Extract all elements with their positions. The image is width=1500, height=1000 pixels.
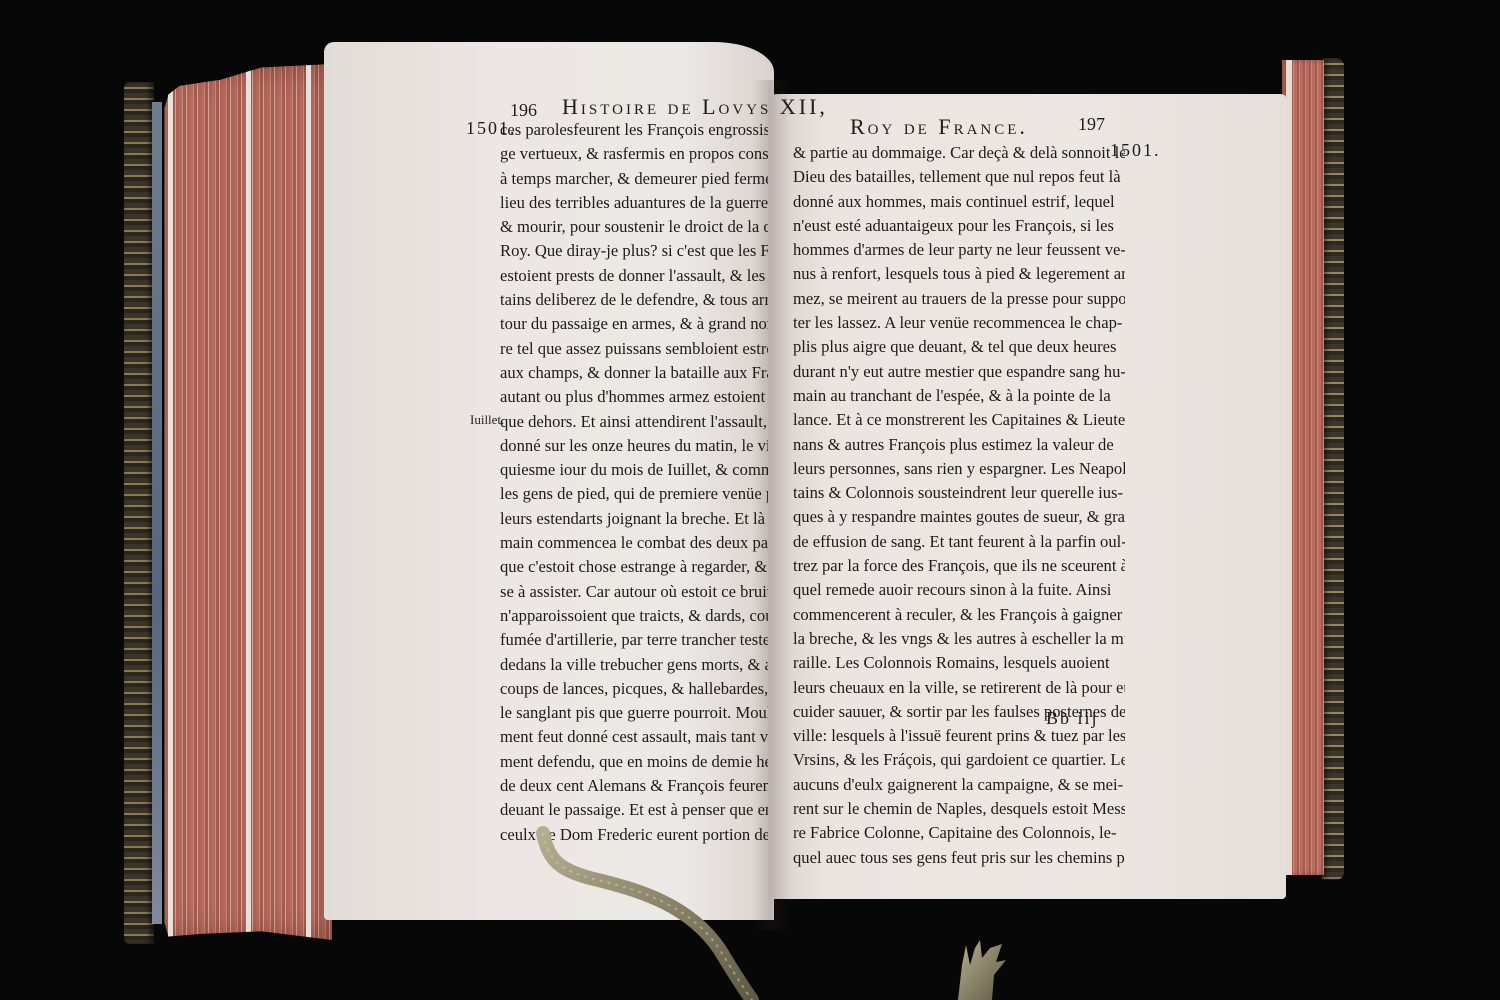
text-line: les gens de pied, qui de premiere venüe … xyxy=(500,482,768,506)
right-page-number: 197 xyxy=(1078,114,1105,135)
text-line: tains deliberez de le defendre, & tous a… xyxy=(500,288,768,312)
text-line: quel auec tous ses gens feut pris sur le… xyxy=(793,846,1125,870)
right-running-head: Roy de France. xyxy=(850,114,1028,140)
text-line: fumée d'artillerie, par terre trancher t… xyxy=(500,628,768,652)
right-cover-gilt-edge xyxy=(1322,58,1344,880)
text-line: quiesme iour du mois de Iuillet, & comme… xyxy=(500,458,768,482)
text-line: ge vertueux, & rasfermis en propos const… xyxy=(500,142,768,166)
text-line: tour du passaige en armes, & à grand nom… xyxy=(500,312,768,336)
text-line: ter les lassez. A leur venüe recommencea… xyxy=(793,311,1125,335)
text-line: ceulx de Dom Frederic eurent portion des… xyxy=(500,823,768,847)
text-line: tains & Colonnois sousteindrent leur que… xyxy=(793,481,1125,505)
text-line: rent sur le chemin de Naples, desquels e… xyxy=(793,797,1125,821)
text-line: main commencea le combat des deux partis… xyxy=(500,531,768,555)
text-line: coups de lances, picques, & hallebardes,… xyxy=(500,677,768,701)
page-edge-gap xyxy=(168,64,173,940)
text-line: n'apparoissoient que traicts, & dards, c… xyxy=(500,604,768,628)
text-line: ques à y respandre maintes goutes de sue… xyxy=(793,505,1125,529)
text-line: la breche, & les vngs & les autres à esc… xyxy=(793,627,1125,651)
text-line: ment defendu, que en moins de demie heur… xyxy=(500,750,768,774)
text-line: main au tranchant de l'espée, & à la poi… xyxy=(793,384,1125,408)
page-edge-gap xyxy=(1286,60,1292,875)
right-page-text: & partie au dommaige. Car deçà & delà so… xyxy=(793,141,1125,870)
text-line: donné aux hommes, mais continuel estrif,… xyxy=(793,190,1125,214)
text-line: & partie au dommaige. Car deçà & delà so… xyxy=(793,141,1125,165)
page-edge-gap xyxy=(306,64,311,940)
text-line: donné sur les onze heures du matin, le v… xyxy=(500,434,768,458)
text-line: lance. Et à ce monstrerent les Capitaine… xyxy=(793,408,1125,432)
text-line: hommes d'armes de leur party ne leur feu… xyxy=(793,238,1125,262)
text-line: raille. Les Colonnois Romains, lesquels … xyxy=(793,651,1125,675)
text-line: ment feut donné cest assault, mais tant … xyxy=(500,725,768,749)
text-line: aux champs, & donner la bataille aux Fra… xyxy=(500,361,768,385)
text-line: commencerent à reculer, & les François à… xyxy=(793,603,1125,627)
text-line: leurs personnes, sans rien y espargner. … xyxy=(793,457,1125,481)
text-line: Roy. Que diray-je plus? si c'est que les… xyxy=(500,239,768,263)
text-line: nans & autres François plus estimez la v… xyxy=(793,433,1125,457)
text-line: de deux cent Alemans & François feurent … xyxy=(500,774,768,798)
text-line: & mourir, pour soustenir le droict de la… xyxy=(500,215,768,239)
text-line: estoient prests de donner l'assault, & l… xyxy=(500,264,768,288)
text-line: se à assister. Car autour où estoit ce b… xyxy=(500,580,768,604)
text-line: leurs estendarts joignant la breche. Et … xyxy=(500,507,768,531)
marbled-endpaper xyxy=(152,102,162,924)
text-line: leurs cheuaux en la ville, se retirerent… xyxy=(793,676,1125,700)
text-line: plis plus aigre que deuant, & tel que de… xyxy=(793,335,1125,359)
lizard-foot-icon xyxy=(958,940,1006,1000)
text-line: le sanglant pis que guerre pourroit. Mou… xyxy=(500,701,768,725)
text-line: dedans la ville trebucher gens morts, & … xyxy=(500,653,768,677)
text-line: trez par la force des François, que ils … xyxy=(793,554,1125,578)
right-page-block-red-edges xyxy=(1282,60,1324,875)
text-line: autant ou plus d'hommes armez estoient d… xyxy=(500,385,768,409)
text-line: nus à renfort, lesquels tous à pied & le… xyxy=(793,262,1125,286)
text-line: ces parolesfeurent les François engrossi… xyxy=(500,118,768,142)
left-page-block-red-edges xyxy=(146,64,332,940)
text-line: que dehors. Et ainsi attendirent l'assau… xyxy=(500,410,768,434)
left-page-text: ces parolesfeurent les François engrossi… xyxy=(500,118,768,847)
page-edge-gap xyxy=(246,64,251,940)
text-line: à temps marcher, & demeurer pied ferme a… xyxy=(500,167,768,191)
text-line: durant n'y eut autre mestier que espandr… xyxy=(793,360,1125,384)
text-line: Dieu des batailles, tellement que nul re… xyxy=(793,165,1125,189)
left-cover-gilt-edge xyxy=(124,82,154,944)
book-photo-scene: 196 Histoire de Lovys XII, 1501. Iuillet… xyxy=(0,0,1500,1000)
text-line: quel remede auoir recours sinon à la fui… xyxy=(793,578,1125,602)
signature-mark: Bb iij xyxy=(1046,708,1099,729)
text-line: mez, se meirent au trauers de la presse … xyxy=(793,287,1125,311)
text-line: aucuns d'eulx gaignerent la campaigne, &… xyxy=(793,773,1125,797)
text-line: deuant le passaige. Et est à penser que … xyxy=(500,798,768,822)
text-line: Vrsins, & les Fráçois, qui gardoient ce … xyxy=(793,748,1125,772)
text-line: que c'estoit chose estrange à regarder, … xyxy=(500,555,768,579)
text-line: lieu des terribles aduantures de la guer… xyxy=(500,191,768,215)
text-line: re Fabrice Colonne, Capitaine des Colonn… xyxy=(793,821,1125,845)
left-running-head: Histoire de Lovys XII, xyxy=(562,94,828,120)
text-line: de effusion de sang. Et tant feurent à l… xyxy=(793,530,1125,554)
text-line: re tel que assez puissans sembloient est… xyxy=(500,337,768,361)
text-line: n'eust esté aduantaigeux pour les Franço… xyxy=(793,214,1125,238)
